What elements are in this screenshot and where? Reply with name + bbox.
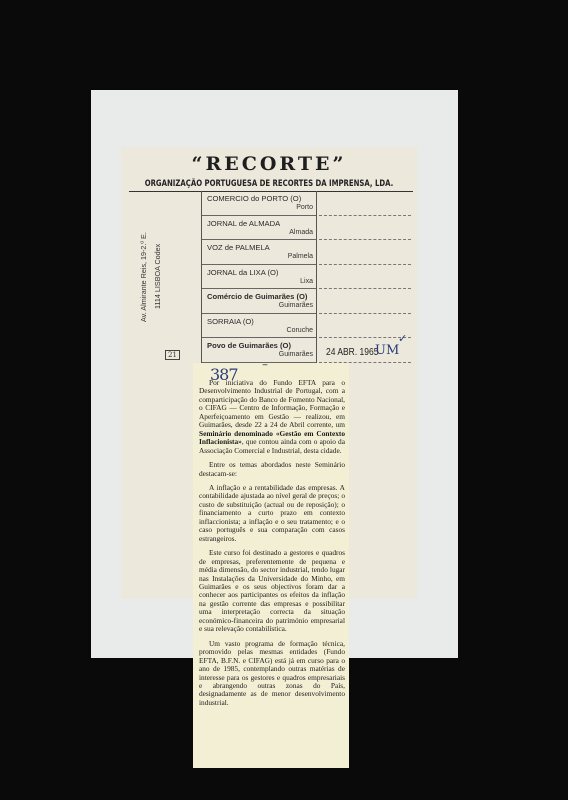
publication-row: VOZ de PALMELAPalmela — [202, 240, 316, 265]
publication-location: Porto — [296, 204, 313, 211]
publication-location: Guimarães — [279, 351, 313, 358]
article-paragraph: A inflação e a rentabilidade das empresa… — [199, 484, 345, 543]
publication-row: JORNAL da LIXA (O)Lixa — [202, 265, 316, 290]
article-body: Por iniciativa do Fundo EFTA para o Dese… — [199, 379, 345, 713]
page-number: 21 — [165, 350, 180, 360]
publication-location: Almada — [289, 229, 313, 236]
publication-name: VOZ de PALMELA — [207, 243, 270, 252]
publication-name: JORNAL de ALMADA — [207, 219, 280, 228]
ink-mark: ‾ — [263, 363, 267, 377]
article-paragraph: Por iniciativa do Fundo EFTA para o Dese… — [199, 379, 345, 455]
date-stamp: 24 ABR. 1965 — [326, 347, 378, 358]
publication-name: COMERCIO do PORTO (O) — [207, 194, 301, 203]
publication-row: JORNAL de ALMADAAlmada — [202, 216, 316, 241]
publication-name: Povo de Guimarães (O) — [207, 341, 291, 350]
agency-title: “RECORTE” — [121, 153, 417, 175]
publication-list: COMERCIO do PORTO (O)Porto JORNAL de ALM… — [201, 191, 317, 363]
publication-row: Comércio de Guimarães (O)Guimarães — [202, 289, 316, 314]
agency-address-line1: Av. Almirante Reis, 19-2.º E. — [139, 232, 149, 322]
publication-location: Lixa — [300, 278, 313, 285]
handwritten-initials: UM — [375, 343, 399, 358]
article-paragraph: Entre os temas abordados neste Seminário… — [199, 461, 345, 478]
publication-name: SORRAIA (O) — [207, 317, 254, 326]
publication-row: Povo de Guimarães (O)Guimarães — [202, 338, 316, 363]
article-paragraph: Um vasto programa de formação técnica, p… — [199, 640, 345, 708]
publication-name: JORNAL da LIXA (O) — [207, 268, 278, 277]
agency-address-line2: 1114 LISBOA Codex — [153, 244, 163, 309]
publication-location: Guimarães — [279, 302, 313, 309]
publication-name: Comércio de Guimarães (O) — [207, 292, 307, 301]
article-paragraph: Este curso foi destinado a gestores e qu… — [199, 549, 345, 634]
publication-row: SORRAIA (O)Coruche — [202, 314, 316, 339]
publication-location: Palmela — [288, 253, 313, 260]
check-mark-icon: ✓ — [398, 332, 407, 345]
publication-row: COMERCIO do PORTO (O)Porto — [202, 191, 316, 216]
publication-location: Coruche — [287, 327, 313, 334]
newspaper-clipping: 387 ‾ Por iniciativa do Fundo EFTA para … — [193, 363, 349, 768]
agency-subtitle: ORGANIZAÇÃO PORTUGUESA DE RECORTES DA IM… — [133, 178, 405, 188]
